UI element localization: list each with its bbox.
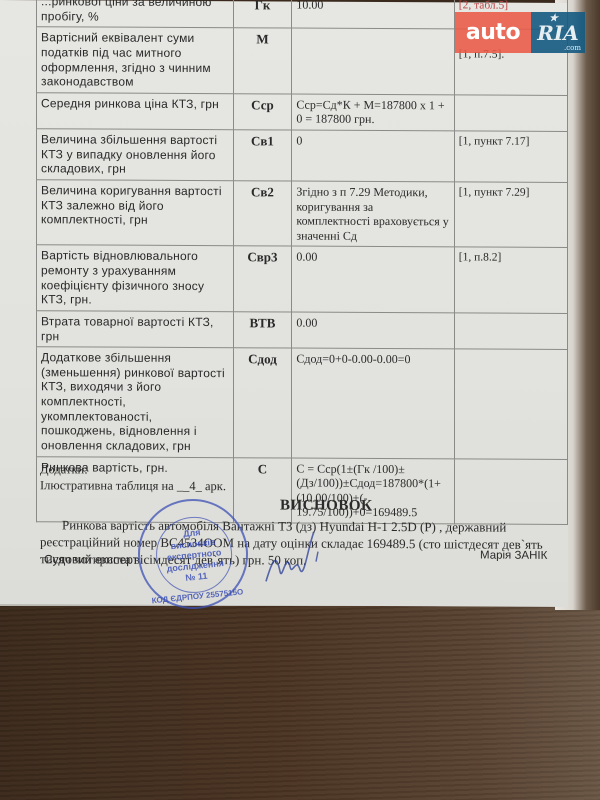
row-symbol: Св1 — [233, 130, 292, 181]
row-description: Вартість відновлювального ремонту з урах… — [37, 245, 234, 312]
row-value: 10.00 — [292, 0, 454, 29]
row-description: Величина збільшення вартості КТЗ у випад… — [37, 129, 234, 181]
row-symbol: Св2 — [233, 181, 292, 247]
watermark-suffix: .com — [564, 44, 581, 52]
appendix-label: Додатки: — [40, 462, 88, 477]
row-symbol: М — [233, 28, 292, 94]
row-description: Вартісний еквівалент суми податків під ч… — [37, 27, 234, 94]
row-description: Додаткове збільшення (зменьшення) ринков… — [37, 347, 234, 457]
table-row: Величина збільшення вартості КТЗ у випад… — [37, 129, 568, 183]
row-reference — [454, 95, 567, 132]
row-reference — [454, 313, 567, 350]
row-description: Втрата товарної вартості КТЗ, грн — [37, 311, 234, 348]
row-reference: [1, п.8.2] — [454, 247, 567, 313]
row-symbol: ВТВ — [233, 312, 292, 349]
row-symbol: Сдод — [233, 348, 292, 458]
row-value — [292, 28, 454, 94]
table-row: Вартість відновлювального ремонту з урах… — [37, 245, 568, 313]
watermark-ria: ★ RIA .com — [531, 12, 585, 53]
stamp-center: Для висновків експертного дослідження № … — [152, 513, 236, 596]
wooden-table-background — [0, 600, 600, 800]
row-value: 0.00 — [292, 246, 454, 312]
star-icon: ★ — [549, 13, 558, 24]
expert-role: Судовий експерт — [44, 552, 138, 566]
signature-icon — [258, 521, 328, 591]
row-symbol: Гк — [233, 0, 292, 28]
table-row: Величина коригування вартості КТЗ залежн… — [37, 180, 568, 248]
row-description: ...ринкової ціни за величиною пробігу, % — [37, 0, 234, 28]
watermark-ria-text: RIA — [537, 21, 579, 45]
row-reference — [454, 458, 567, 524]
table-row: Додаткове збільшення (зменьшення) ринков… — [37, 347, 568, 459]
row-value: Сдод=0+0-0.00-0.00=0 — [292, 348, 454, 458]
row-description: Величина коригування вартості КТЗ залежн… — [37, 180, 234, 247]
row-description: Середня ринкова ціна КТЗ, грн — [37, 92, 234, 129]
row-symbol: Свр3 — [233, 246, 292, 312]
row-reference — [454, 349, 567, 459]
calculation-table: ...ринкової ціни за величиною пробігу, %… — [36, 0, 568, 525]
watermark-auto: auto — [455, 12, 531, 53]
table-row: Втрата товарної вартості КТЗ, грн ВТВ 0.… — [37, 311, 568, 350]
autoria-watermark: auto ★ RIA .com — [455, 12, 585, 53]
row-value: 0 — [292, 130, 454, 182]
row-value: Згідно з п 7.29 Методики, коригування за… — [292, 181, 454, 247]
row-value: 0.00 — [292, 312, 454, 349]
row-reference: [1, пункт 7.17] — [454, 131, 567, 182]
row-value: Сср=Сд*К + М=187800 х 1 + 0 = 187800 грн… — [292, 94, 454, 131]
row-symbol: Сср — [233, 93, 292, 130]
stamp-line: № 11 — [185, 570, 208, 583]
expert-name: Марія ЗАНІК — [480, 550, 547, 562]
conclusion-heading: ВИСНОВОК — [280, 497, 372, 514]
appendix-text: Ілюстративна таблиця на __4_ арк. — [40, 478, 226, 494]
document-page: ...ринкової ціни за величиною пробігу, %… — [0, 0, 568, 607]
table-row: Середня ринкова ціна КТЗ, грн Сср Сср=Сд… — [37, 92, 568, 131]
row-reference: [1, пункт 7.29] — [454, 182, 567, 248]
